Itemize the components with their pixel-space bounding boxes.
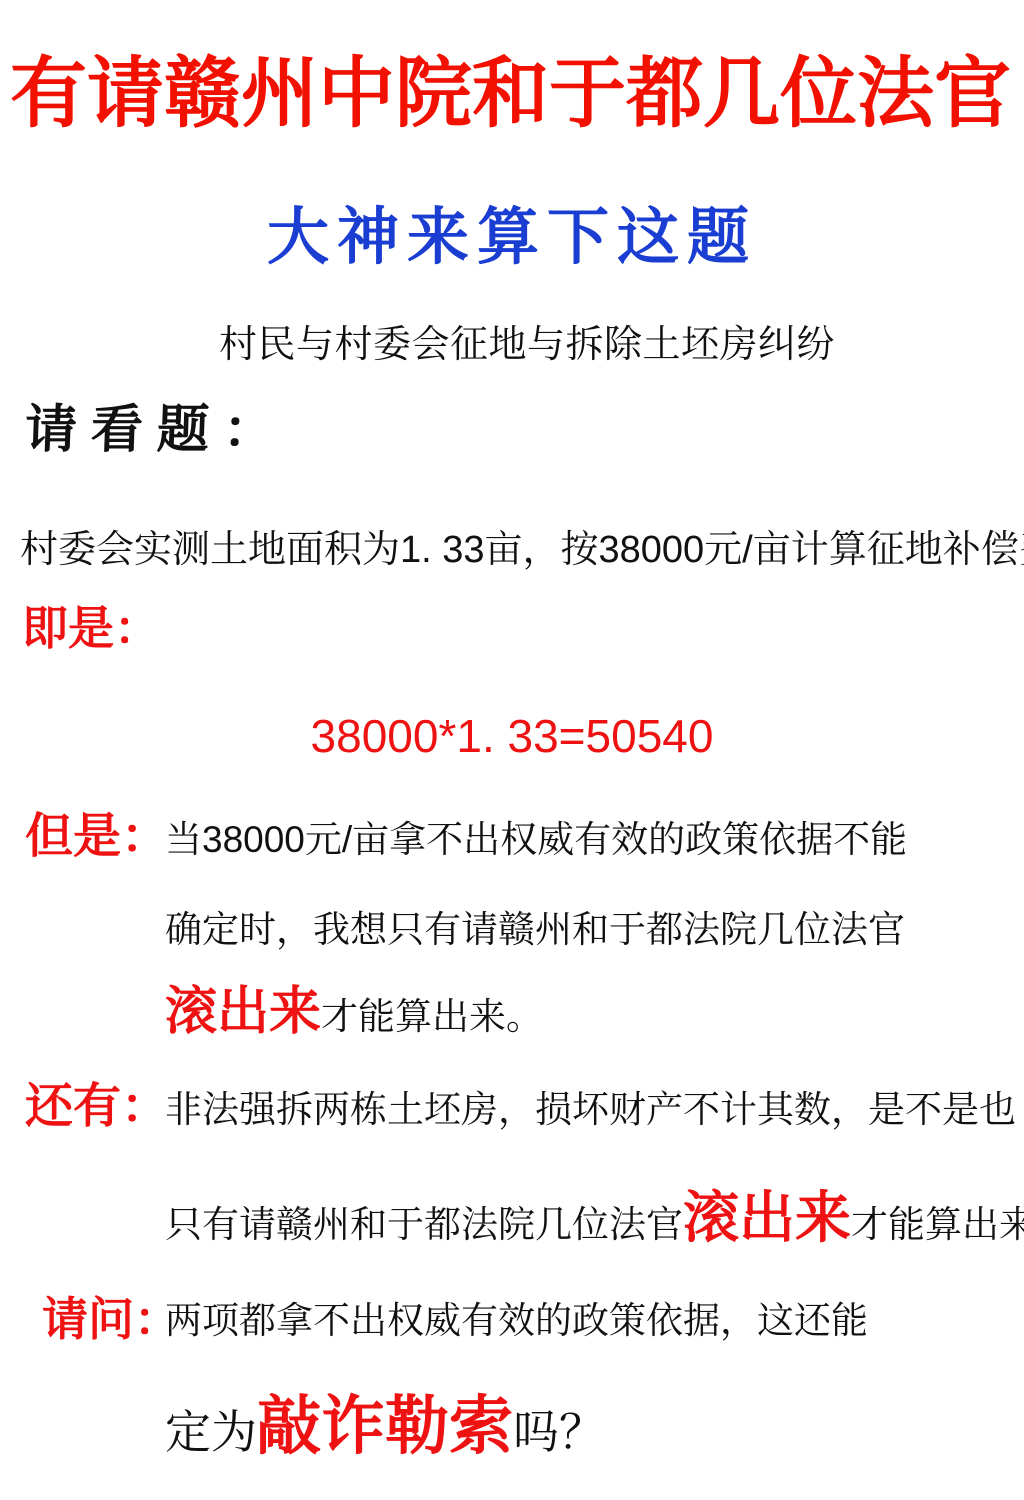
haiyou-line2-black-post: 才能算出来 [851,1206,1024,1243]
poster-page: 有请赣州中院和于都几位法官 大神来算下这题 村民与村委会征地与拆除土坯房纠纷 请… [0,0,1024,1500]
danshi-line2: 确定时，我想只有请赣州和于都法院几位法官 [165,911,905,948]
subtitle: 大神来算下这题 [0,207,1024,269]
danshi-line3: 滚出来才能算出来。 [165,986,543,1038]
qingwen-line2: 定为敲诈勒索吗？ [165,1394,605,1458]
danshi-label: 但是： [25,813,169,861]
danshi-line3-black-text: 才能算出来。 [321,998,543,1035]
qingwen-line2-red-phrase: 敲诈勒索 [257,1394,513,1458]
problem-statement: 村委会实测土地面积为1. 33亩，按38000元/亩计算征地补偿费 [20,531,1024,569]
qingwen-label: 请问： [42,1296,180,1342]
haiyou-line1: 非法强拆两栋土坯房，损坏财产不计其数，是不是也 [165,1091,1016,1128]
haiyou-line2-red-phrase: 滚出来 [683,1190,851,1246]
danshi-line3-red-phrase: 滚出来 [165,986,321,1038]
case-heading: 村民与村委会征地与拆除土坯房纠纷 [0,326,1024,364]
main-title: 有请赣州中院和于都几位法官 [10,56,1011,133]
equation: 38000*1. 33=50540 [0,713,1024,759]
haiyou-line2: 只有请赣州和于都法院几位法官滚出来才能算出来 [165,1190,1024,1246]
jishi-label: 即是： [22,605,160,651]
qingwen-line1: 两项都拿不出权威有效的政策依据，这还能 [165,1302,868,1339]
haiyou-label: 还有： [25,1083,169,1131]
haiyou-line2-black-pre: 只有请赣州和于都法院几位法官 [165,1206,683,1243]
qingwen-line2-black-pre: 定为 [165,1409,257,1455]
qingwen-line2-black-post: 吗？ [513,1409,605,1455]
danshi-line1: 当38000元/亩拿不出权威有效的政策依据不能 [165,821,907,858]
handwritten-prompt: 请看题： [24,404,290,456]
